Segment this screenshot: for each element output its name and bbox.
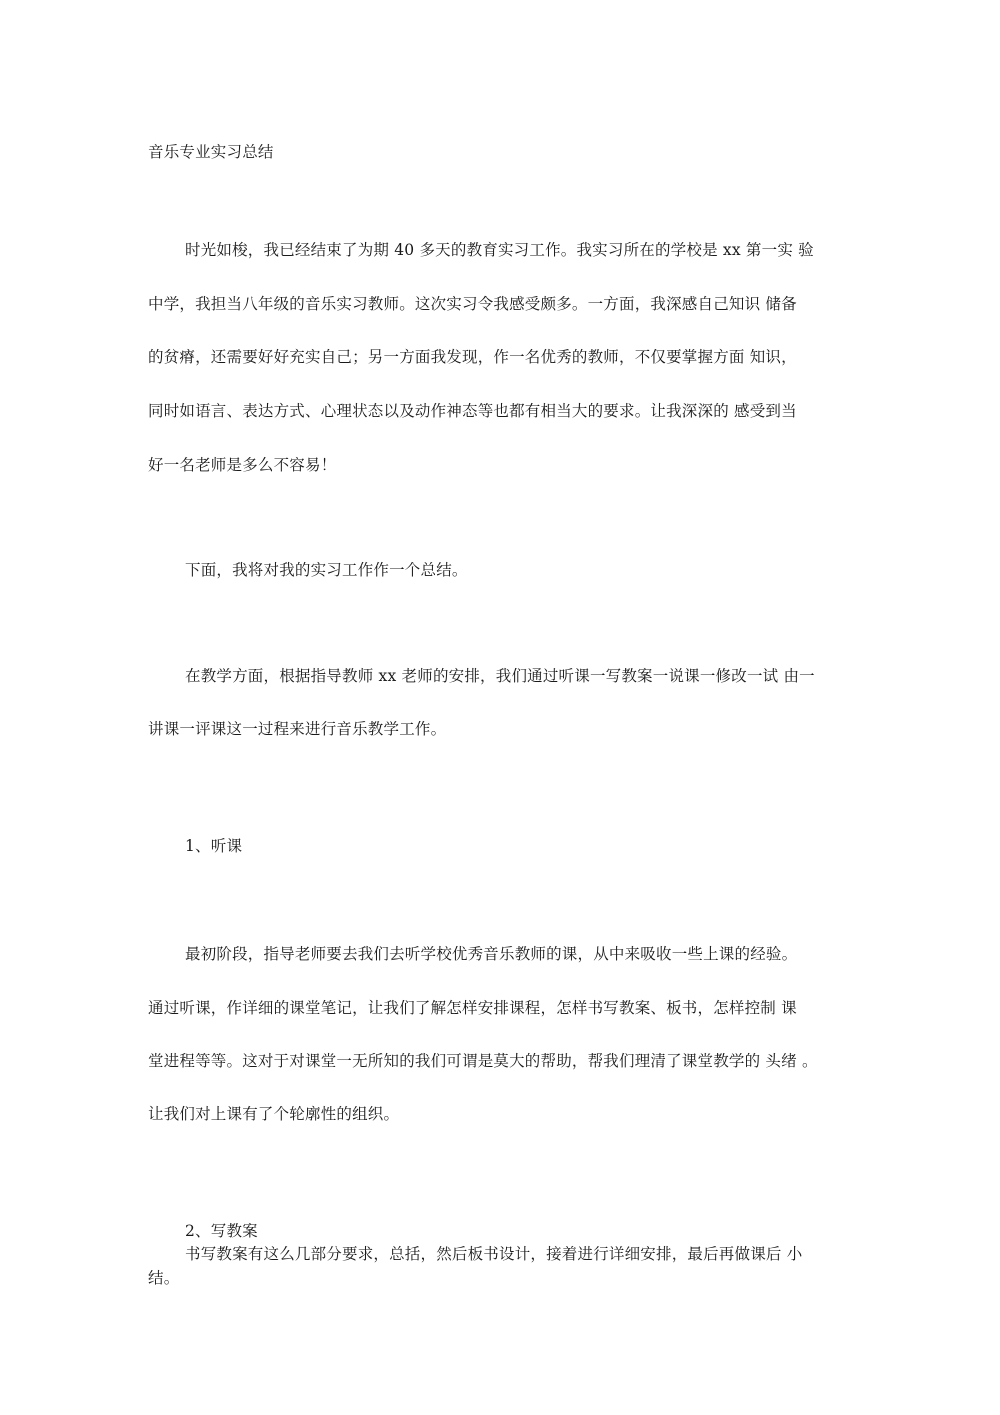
paragraph-line: 堂进程等等。这对于对课堂一无所知的我们可谓是莫大的帮助，帮我们理清了课堂教学的 … [148, 1051, 818, 1071]
paragraph-line: 时光如梭，我已经结束了为期 40 多天的教育实习工作。我实习所在的学校是 xx … [185, 240, 814, 260]
document-page: 音乐专业实习总结 时光如梭，我已经结束了为期 40 多天的教育实习工作。我实习所… [0, 0, 1000, 1415]
paragraph-line: 在教学方面，根据指导教师 xx 老师的安排，我们通过听课一写教案一说课一修改一试… [185, 666, 815, 686]
section-heading-listening: 1、听课 [185, 836, 242, 856]
paragraph-line: 让我们对上课有了个轮廓性的组织。 [148, 1104, 399, 1124]
paragraph-line: 好一名老师是多么不容易！ [148, 455, 336, 475]
paragraph-line: 书写教案有这么几部分要求，总括，然后板书设计，接着进行详细安排，最后再做课后 小 [185, 1244, 802, 1264]
paragraph-line: 最初阶段，指导老师要去我们去听学校优秀音乐教师的课，从中来吸收一些上课的经验。 [185, 944, 797, 964]
paragraph-line: 的贫瘠，还需要好好充实自己；另一方面我发现，作一名优秀的教师，不仅要掌握方面 知… [148, 347, 797, 367]
document-title: 音乐专业实习总结 [148, 142, 274, 162]
paragraph-line: 结。 [148, 1268, 179, 1288]
section-heading-lesson-plan: 2、写教案 [185, 1221, 258, 1241]
paragraph-line: 中学，我担当八年级的音乐实习教师。这次实习令我感受颇多。一方面，我深感自己知识 … [148, 294, 797, 314]
paragraph-line: 讲课一评课这一过程来进行音乐教学工作。 [148, 719, 446, 739]
paragraph-line: 下面，我将对我的实习工作作一个总结。 [185, 560, 468, 580]
paragraph-line: 通过听课，作详细的课堂笔记，让我们了解怎样安排课程，怎样书写教案、板书，怎样控制… [148, 998, 797, 1018]
paragraph-line: 同时如语言、表达方式、心理状态以及动作神态等也都有相当大的要求。让我深深的 感受… [148, 401, 797, 421]
